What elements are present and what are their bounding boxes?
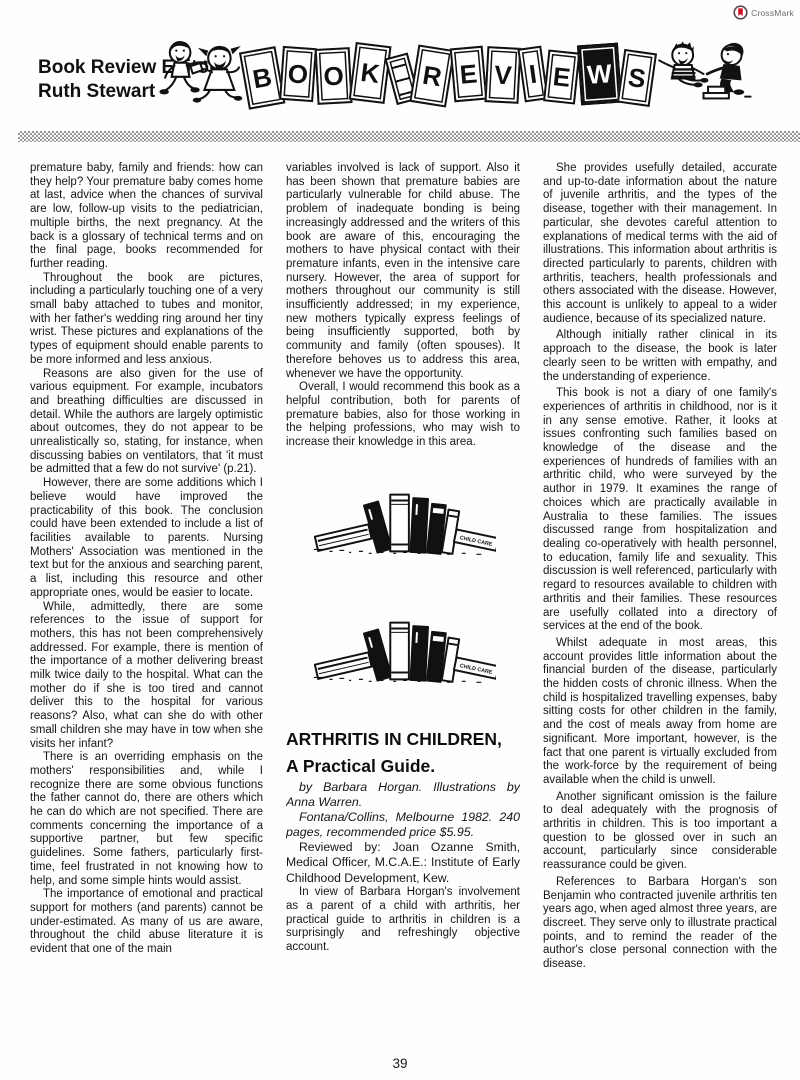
paragraph: premature baby, family and friends: how … [30,162,263,272]
paragraph: Another significant omission is the fail… [543,791,777,873]
banner-letter-tile: O [279,46,317,102]
column-2: variables involved is lack of support. A… [286,162,520,955]
review-byline: by Barbara Horgan. Illustrations by Anna… [286,780,520,810]
crossmark-label: CrossMark [751,8,794,18]
books-shelf-illustration: CHILD CARE [310,616,496,686]
paragraph: variables involved is lack of support. A… [286,162,520,381]
paragraph: Whilst adequate in most areas, this acco… [543,637,777,788]
books-shelf-illustration: CHILD CARE [310,488,496,558]
paragraph: This book is not a diary of one family's… [543,387,777,634]
halftone-divider [18,131,800,142]
paragraph: Although initially rather clinical in it… [543,329,777,384]
review-title: ARTHRITIS IN CHILDREN, A Practical Guide… [286,726,520,780]
paragraph: In view of Barbara Horgan's involvement … [286,886,520,955]
banner-letter-tile: R [409,44,455,107]
paragraph: Throughout the book are pictures, includ… [30,272,263,368]
banner-letter-tile: V [484,46,521,104]
paragraph: She provides usefully detailed, accurate… [543,162,777,326]
paragraph: The importance of emotional and practica… [30,888,263,957]
paragraph: While, admittedly, there are some refere… [30,601,263,752]
banner-letter-tile: O [314,47,352,105]
book-reviews-banner: B O O K R E V I E W S [152,30,752,118]
paragraph: Reasons are also given for the use of va… [30,368,263,478]
banner-letter-tile: S [616,49,656,107]
banner-kids-left-illustration [152,34,246,114]
paragraph: Overall, I would recommend this book as … [286,381,520,450]
banner-letter-tile: B [239,46,286,110]
banner-kids-right-illustration [651,34,752,114]
review-title-line2: A Practical Guide. [286,753,520,780]
banner-letter-tile: W [577,43,622,106]
crossmark-badge[interactable]: CrossMark [733,5,794,20]
column-3: She provides usefully detailed, accurate… [543,162,777,972]
paragraph: There is an overriding emphasis on the m… [30,751,263,888]
review-reviewer: Reviewed by: Joan Ozanne Smith, Medical … [286,840,520,887]
banner-letter-tile: K [348,42,391,104]
review-imprint: Fontana/Collins, Melbourne 1982. 240 pag… [286,810,520,840]
banner-letter-tile: E [543,49,580,104]
paragraph: References to Barbara Horgan's son Benja… [543,876,777,972]
paragraph: However, there are some additions which … [30,477,263,600]
page-number: 39 [0,1056,800,1071]
banner-letter-tile: E [449,46,487,103]
column-1: premature baby, family and friends: how … [30,162,263,957]
review-title-line1: ARTHRITIS IN CHILDREN, [286,726,520,753]
banner-letter-tiles: B O O K R E V I E W S [243,44,654,104]
journal-page: CrossMark Book Review Editor Ruth Stewar… [0,0,800,1080]
crossmark-icon [733,5,748,20]
